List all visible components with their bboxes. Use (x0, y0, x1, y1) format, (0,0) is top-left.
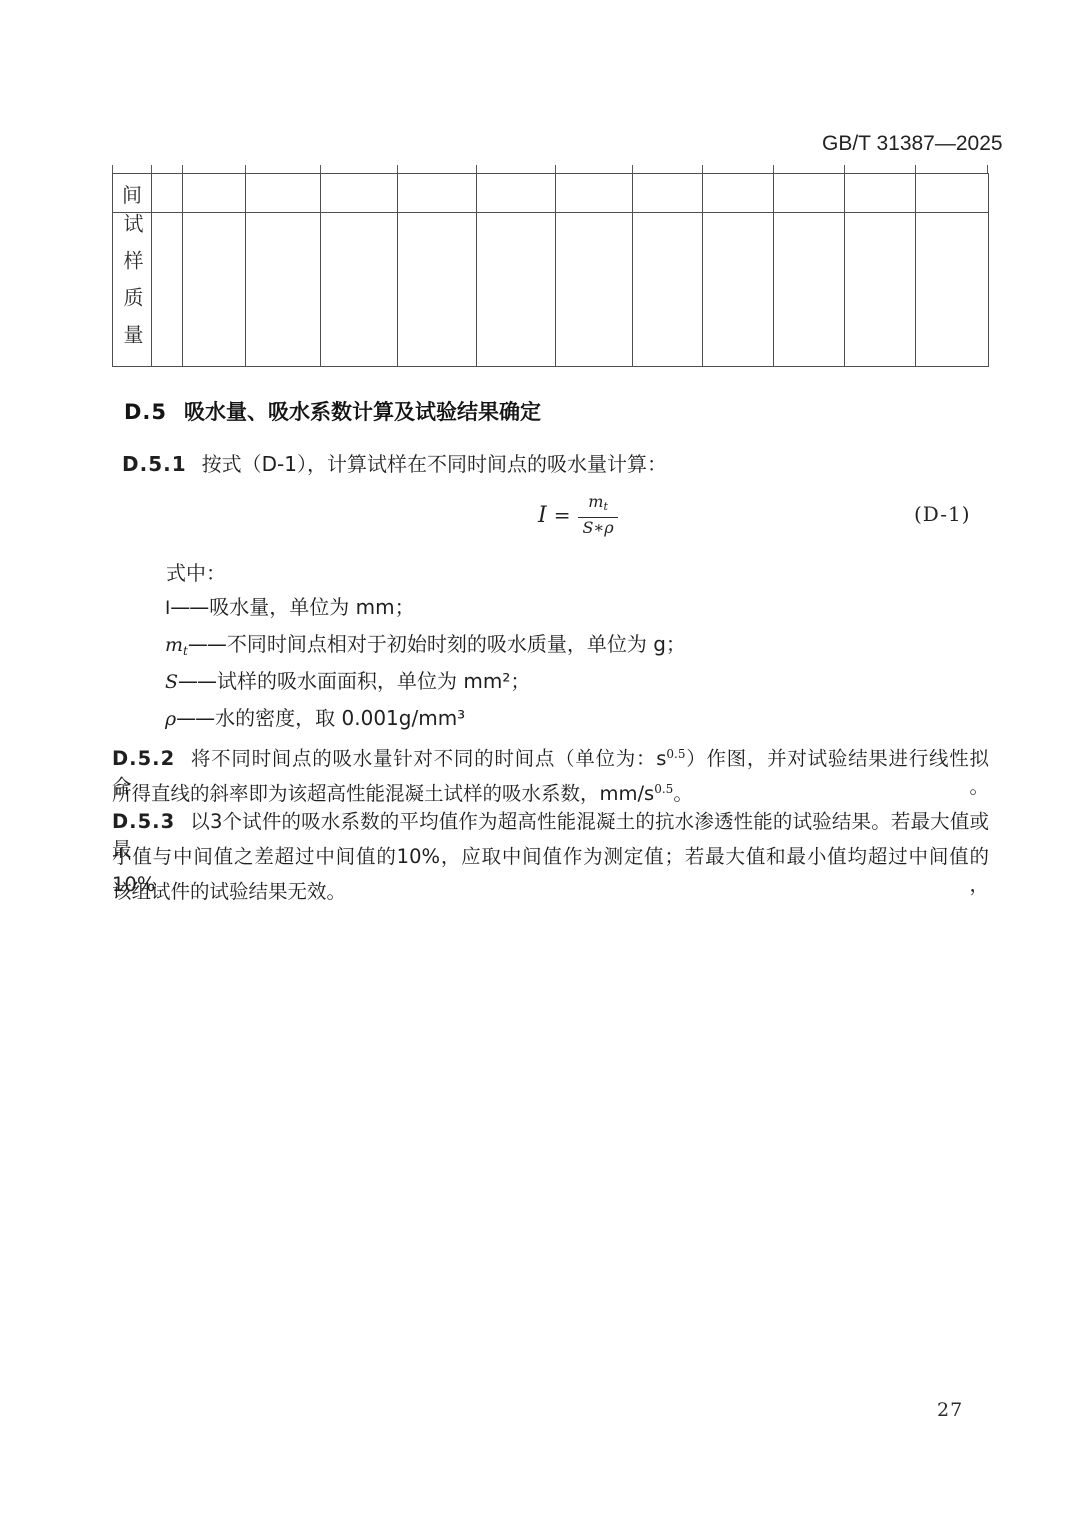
clause-number-d51: D.5.1 (122, 452, 187, 476)
formula-fraction: mt S∗ρ (578, 492, 617, 538)
formula-denominator: S∗ρ (578, 518, 617, 538)
table-row: 试样质量 (113, 213, 989, 367)
where-label: 式中： (166, 557, 226, 586)
table-cell (398, 213, 477, 367)
superscript: 0.5 (654, 782, 673, 796)
table-cell (398, 174, 477, 213)
table-cell (556, 174, 633, 213)
row-header-specimen-mass: 试样质量 (113, 213, 152, 367)
definition-I: I——吸水量，单位为 mm； (165, 591, 415, 621)
table-cell (703, 174, 774, 213)
paragraph-d52-line2: 所得直线的斜率即为该超高性能混凝土试样的吸水系数，mm/s0.5。 (112, 778, 989, 806)
table-cell (916, 174, 989, 213)
clause-text: 。 (673, 782, 693, 805)
table-cell (633, 174, 703, 213)
page-number: 27 (937, 1399, 963, 1421)
definition-dash: —— (170, 595, 208, 619)
clause-number-d53: D.5.3 (112, 810, 175, 833)
definition-text: 不同时间点相对于初始时刻的吸水质量，单位为 g； (227, 632, 686, 656)
definition-rho: ρ——水的密度，取 0.001g/mm³ (165, 702, 465, 732)
definition-dash: —— (188, 632, 226, 656)
table-cell (246, 213, 321, 367)
clause-text: 该组试件的试验结果无效。 (112, 880, 346, 903)
table-cell (183, 174, 246, 213)
table-continuation-ticks (112, 165, 988, 173)
table-cell (321, 174, 398, 213)
definition-S: S——试样的吸水面面积，单位为 mm²； (165, 665, 530, 695)
paragraph-d53-line3: 该组试件的试验结果无效。 (112, 876, 989, 904)
table-cell (845, 174, 916, 213)
clause-text: 将不同时间点的吸水量针对不同的时间点（单位为：s (190, 747, 666, 770)
table-cell (246, 174, 321, 213)
measurement-table: 间 试样质量 (112, 173, 989, 367)
formula-lhs: I (538, 503, 547, 528)
equation-number: (D-1) (914, 502, 971, 526)
definition-dash: —— (178, 669, 216, 693)
vertical-row-header-text: 试样质量 (122, 213, 142, 361)
table-cell (774, 174, 845, 213)
table-cell (774, 213, 845, 367)
table-cell (477, 213, 556, 367)
symbol: ρ (165, 708, 176, 730)
definition-mt: mt——不同时间点相对于初始时刻的吸水质量，单位为 g； (165, 628, 686, 658)
clause-text: 所得直线的斜率即为该超高性能混凝土试样的吸水系数，mm/s (112, 782, 654, 805)
paragraph-d51: D.5.1按式（D-1），计算试样在不同时间点的吸水量计算： (122, 448, 667, 477)
definition-dash: —— (176, 706, 214, 730)
table-cell (152, 174, 183, 213)
definition-text: 吸水量，单位为 mm； (209, 595, 414, 619)
table-cell (477, 174, 556, 213)
table-row: 间 (113, 174, 989, 213)
formula-equals: = (554, 503, 571, 527)
table-cell (183, 213, 246, 367)
formula-d1: I = mt S∗ρ (538, 490, 618, 540)
table-cell (633, 213, 703, 367)
clause-number-d52: D.5.2 (112, 747, 175, 770)
section-title: 吸水量、吸水系数计算及试验结果确定 (184, 400, 541, 424)
table-cell (556, 213, 633, 367)
table-cell (152, 213, 183, 367)
table-cell (703, 213, 774, 367)
superscript: 0.5 (666, 747, 685, 761)
standard-number: GB/T 31387—2025 (822, 132, 982, 156)
symbol: m (165, 634, 183, 656)
symbol: S (165, 671, 178, 693)
table-cell (916, 213, 989, 367)
clause-text-d51: 按式（D-1），计算试样在不同时间点的吸水量计算： (202, 452, 667, 476)
section-heading-d5: D.5吸水量、吸水系数计算及试验结果确定 (124, 396, 541, 426)
definition-text: 试样的吸水面面积，单位为 mm²； (217, 669, 530, 693)
formula-numerator: mt (578, 492, 617, 518)
table-cell (321, 213, 398, 367)
table-cell (845, 213, 916, 367)
definition-text: 水的密度，取 0.001g/mm³ (215, 706, 465, 730)
row-header-time: 间 (113, 174, 152, 213)
document-page: GB/T 31387—2025 间 试样质量 (0, 0, 1080, 1527)
section-number: D.5 (124, 400, 167, 424)
